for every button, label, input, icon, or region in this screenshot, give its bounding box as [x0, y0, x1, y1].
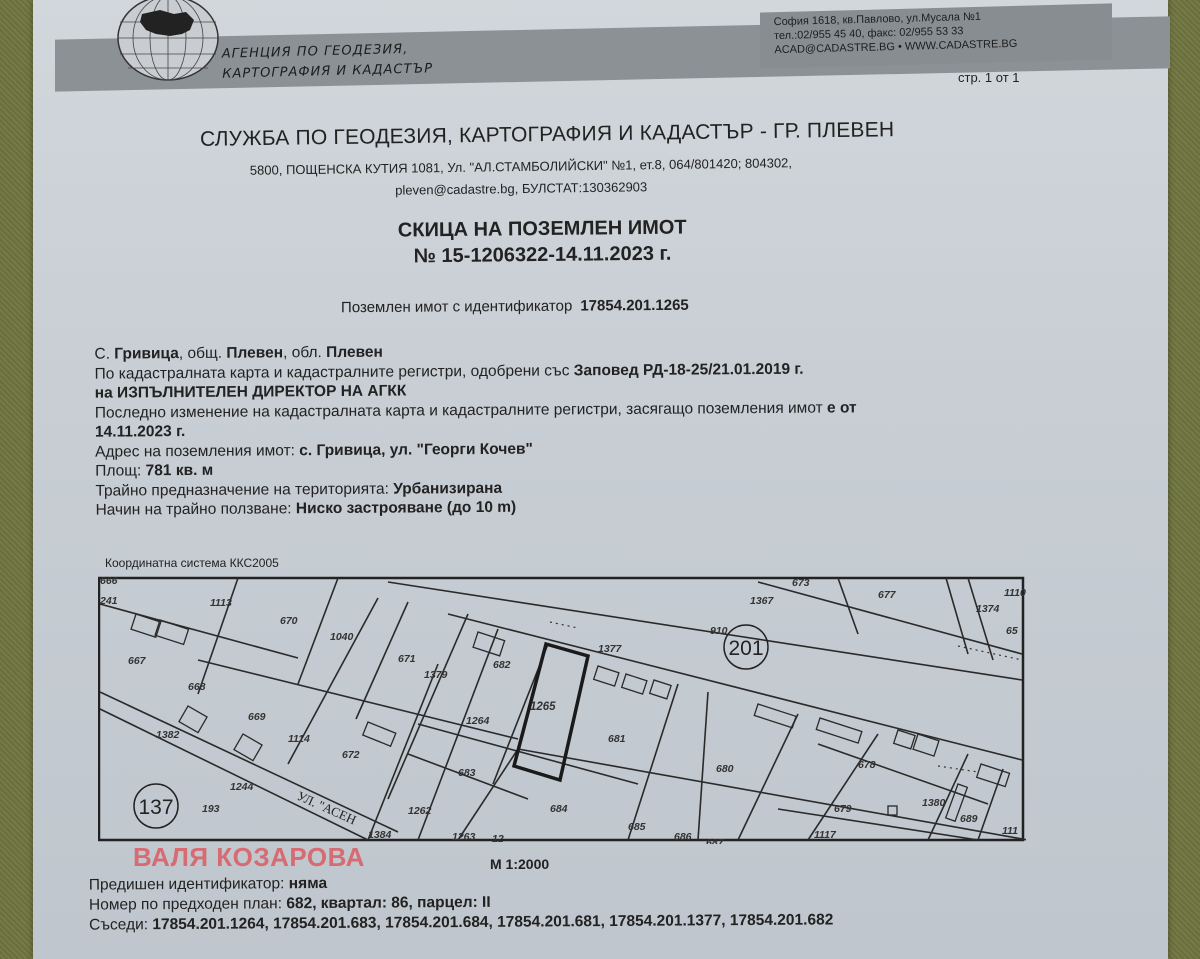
approval-order: Заповед РД-18-25/21.01.2019 г.: [574, 360, 804, 379]
parcel-label: 910: [710, 625, 728, 637]
parcel-label: 689: [960, 813, 978, 825]
municipality-prefix: , общ.: [179, 345, 227, 362]
street-label: УЛ. "АСЕН: [295, 788, 359, 827]
sketch-title: СКИЦА НА ПОЗЕМЛЕН ИМОТ: [398, 214, 687, 243]
usage-label: Начин на трайно ползване:: [95, 500, 295, 518]
parcel-label: 683: [458, 767, 476, 779]
block-201-label: 201: [728, 637, 763, 660]
parcel-label: 1244: [230, 781, 254, 793]
page-number: стр. 1 от 1: [958, 70, 1020, 85]
region: Плевен: [326, 344, 383, 361]
property-info: С. Гривица, общ. Плевен, обл. Плевен По …: [94, 339, 857, 520]
neighbours-label: Съседи:: [89, 916, 152, 933]
parcel-label: 12: [492, 833, 504, 844]
parcel-label: 682: [493, 659, 511, 671]
parcel-label: 685: [628, 821, 646, 833]
approver: на ИЗПЪЛНИТЕЛЕН ДИРЕКТОР НА АГКК: [95, 382, 407, 401]
parcel-label: 678: [858, 759, 876, 771]
municipality: Плевен: [226, 344, 283, 361]
identifier-value: 17854.201.1265: [580, 297, 689, 315]
parcel-label: 1382: [156, 729, 180, 741]
parcel-label: 673: [792, 577, 810, 589]
block-137-label: 137: [138, 796, 173, 819]
purpose-label: Трайно предназначение на територията:: [95, 480, 393, 499]
parcel-label: 1265: [530, 701, 556, 713]
parcel-label: 666: [100, 575, 118, 587]
parcel-label: 241: [99, 595, 118, 607]
parcel-label: 677: [878, 589, 897, 601]
parcel-label: 671: [398, 653, 416, 665]
previous-plan-value: 682, квартал: 86, парцел: II: [286, 894, 490, 912]
previous-id-label: Предишен идентификатор:: [89, 875, 289, 893]
parcel-label: 679: [834, 803, 852, 815]
parcel-label: 680: [716, 763, 734, 775]
parcel-label: 1377: [598, 643, 623, 655]
coordinate-system: Координатна система ККС2005: [105, 556, 279, 570]
parcel-label: 193: [202, 803, 220, 815]
parcel-label: 672: [342, 749, 360, 761]
parcel-label: 1113: [210, 597, 232, 609]
property-footer: Предишен идентификатор: няма Номер по пр…: [89, 870, 834, 935]
address-value: с. Гривица, ул. "Георги Кочев": [299, 440, 533, 459]
parcel-label: 65: [1006, 625, 1018, 637]
property-identifier: Поземлен имот с идентификатор17854.201.1…: [341, 297, 689, 316]
parcel-label: 1264: [466, 715, 490, 727]
area-label: Площ:: [95, 462, 145, 479]
parcel-label: 1117: [814, 829, 837, 841]
parcel-label: 1110: [1004, 587, 1026, 599]
parcel-label: 669: [248, 711, 266, 723]
parcel-label: 1263: [452, 831, 476, 843]
area-value: 781 кв. м: [146, 462, 214, 479]
sketch-number: № 15-1206322-14.11.2023 г.: [398, 240, 687, 269]
purpose-value: Урбанизирана: [393, 479, 502, 497]
usage-value: Ниско застрояване (до 10 m): [296, 499, 516, 518]
parcel-label: 1384: [368, 829, 392, 841]
parcel-label: 686: [674, 831, 692, 843]
parcel-label: 1262: [408, 805, 432, 817]
approval-text: По кадастралната карта и кадастралните р…: [95, 362, 574, 382]
parcel-label: 1380: [922, 797, 946, 809]
document-title: СКИЦА НА ПОЗЕМЛЕН ИМОТ № 15-1206322-14.1…: [398, 214, 687, 269]
parcel-label: 1374: [976, 603, 1000, 615]
parcel-label: 1114: [288, 733, 310, 745]
neighbours-value: 17854.201.1264, 17854.201.683, 17854.201…: [152, 911, 833, 933]
identifier-label: Поземлен имот с идентификатор: [341, 298, 572, 317]
agency-name: АГЕНЦИЯ ПО ГЕОДЕЗИЯ, КАРТОГРАФИЯ И КАДАС…: [222, 39, 434, 85]
last-change-date: 14.11.2023 г.: [95, 423, 185, 441]
parcel-label: 667: [128, 655, 147, 667]
agency-globe-logo-icon: [112, 0, 224, 82]
previous-plan-label: Номер по предходен план:: [89, 895, 286, 913]
parcel-label: 668: [188, 681, 206, 693]
last-change-text: Последно изменение на кадастралната карт…: [95, 399, 827, 421]
village-prefix: С.: [94, 346, 114, 363]
map-scale: М 1:2000: [490, 856, 549, 872]
office-address: 5800, ПОЩЕНСКА КУТИЯ 1081, Ул. "АЛ.СТАМБ…: [250, 152, 793, 204]
parcel-label: 1379: [424, 669, 448, 681]
parcel-label: 670: [280, 615, 298, 627]
parcel-label: 687: [706, 837, 725, 844]
previous-id-value: няма: [289, 875, 327, 892]
parcel-label: 1367: [750, 595, 775, 607]
last-change-bold: е от: [827, 399, 857, 416]
region-prefix: , обл.: [283, 344, 326, 361]
address-label: Адрес на поземления имот:: [95, 442, 299, 460]
village: Гривица: [114, 345, 179, 362]
cadastral-map: 201 137 УЛ. "АСЕН 6662411113670104067113…: [98, 574, 1026, 844]
parcel-label: 684: [550, 803, 568, 815]
parcel-label: 681: [608, 733, 626, 745]
parcel-label: 1040: [330, 631, 354, 643]
owner-name-stamp: ВАЛЯ КОЗАРОВА: [133, 842, 365, 873]
agency-contacts: София 1618, кв.Павлово, ул.Мусала №1 тел…: [773, 9, 1017, 57]
parcel-label: 111: [1002, 825, 1018, 837]
